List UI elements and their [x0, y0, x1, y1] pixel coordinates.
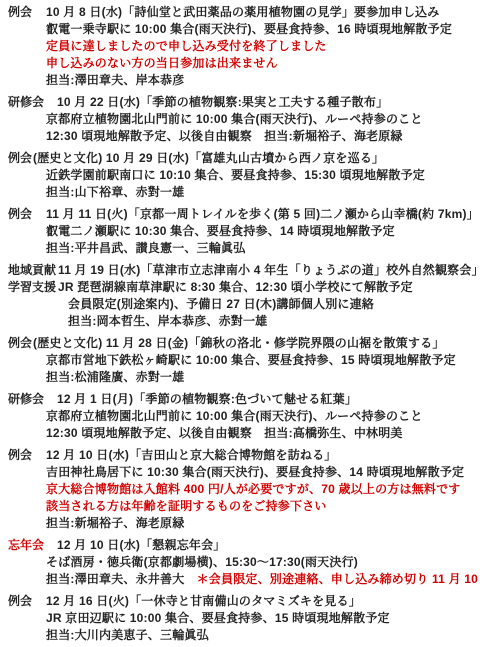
- line-text: (歴史と文化) 10 月 29 日(水)「富雄丸山古墳から西ノ京を巡る」: [33, 151, 384, 165]
- line-text: 担当:山下裕章、赤對一雄: [46, 185, 184, 199]
- schedule-line: 吉田神社鳥居下に 10:30 集合(雨天決行)、要昼食持参、14 時頃現地解散予…: [0, 464, 480, 481]
- schedule-line: JR 京田辺駅に 10:00 集合、要昼食持参、15 時頃現地解散予定: [0, 610, 480, 627]
- schedule-line: 研修会12 月 1 日(月)「季節の植物観察:色づいて魅せる紅葉」: [0, 391, 480, 408]
- schedule-section: 例会11 月 11 日(火)「京都一周トレイルを歩く(第 5 回)二ノ瀬から山幸…: [0, 206, 480, 257]
- schedule-line: 担当:平井昌武、讃良憲一、三輪眞弘: [0, 240, 480, 257]
- schedule-line: 例会(歴史と文化) 10 月 29 日(水)「富雄丸山古墳から西ノ京を巡る」: [0, 150, 480, 167]
- schedule-line: 申し込みのない方の当日参加は出来ません: [0, 55, 480, 72]
- schedule-section: 研修会12 月 1 日(月)「季節の植物観察:色づいて魅せる紅葉」京都府立植物園…: [0, 391, 480, 442]
- notice-text: 京大総合博物館は入館料 400 円/人が必要ですが、70 歳以上の方は無料です: [46, 482, 461, 496]
- schedule-section: 例会12 月 10 日(水)「吉田山と京大総合博物館を訪ねる」吉田神社鳥居下に …: [0, 447, 480, 532]
- line-text: そば酒房・徳兵衛(京都劇場横)、15:30〜17:30(雨天決行): [46, 555, 358, 569]
- schedule-section: 例会(歴史と文化) 10 月 29 日(水)「富雄丸山古墳から西ノ京を巡る」近鉄…: [0, 150, 480, 201]
- schedule-line: 担当:岡本哲生、岸本恭彦、赤對一雄: [0, 313, 480, 330]
- line-text: 担当:松浦隆廣、赤對一雄: [46, 370, 184, 384]
- schedule-line: 担当:大川内美恵子、三輪眞弘: [0, 627, 480, 644]
- line-text: 12 月 10 日(水)「吉田山と京大総合博物館を訪ねる」: [46, 448, 337, 462]
- schedule-line: 会員限定(別途案内)、予備日 27 日(木)講師個人別に連絡: [0, 296, 480, 313]
- event-type-label: 例会: [8, 335, 32, 352]
- schedule-line: 叡電一乗寺駅に 10:00 集合(雨天決行)、要昼食持参、16 時頃現地解散予定: [0, 21, 480, 38]
- line-text: 京都府立植物園北山門前に 10:00 集合(雨天決行)、ルーペ持参のこと: [46, 112, 423, 126]
- line-text: 担当:澤田章夫、永井善大: [46, 572, 197, 586]
- schedule-line: 12:30 頃現地解散予定、以後自由観察 担当:高橋弥生、中林明美: [0, 425, 480, 442]
- line-text: 12:30 頃現地解散予定、以後自由観察 担当:高橋弥生、中林明美: [46, 426, 403, 440]
- line-text: 11 月 11 日(火)「京都一周トレイルを歩く(第 5 回)二ノ瀬から山幸橋(…: [46, 207, 479, 221]
- line-text: 吉田神社鳥居下に 10:30 集合(雨天決行)、要昼食持参、14 時頃現地解散予…: [46, 465, 464, 479]
- page: { "page": { "background": "#ffffff" }, "…: [0, 0, 480, 647]
- schedule-line: 担当:松浦隆廣、赤對一雄: [0, 369, 480, 386]
- event-type-label: 例会: [8, 206, 32, 223]
- line-text: 10 月 8 日(水)「詩仙堂と武田薬品の薬用植物園の見学」要参加申し込み: [46, 5, 439, 19]
- line-text: JR 京田辺駅に 10:00 集合、要昼食持参、15 時頃現地解散予定: [46, 611, 390, 625]
- event-schedule-document: 例会10 月 8 日(水)「詩仙堂と武田薬品の薬用植物園の見学」要参加申し込み叡…: [0, 0, 480, 644]
- schedule-section: 地域貢献11 月 19 日(水)「草津市立志津南小 4 年生「りょうぶの道」校外…: [0, 262, 480, 330]
- line-text: 11 月 19 日(水)「草津市立志津南小 4 年生「りょうぶの道」校外自然観察…: [58, 263, 480, 277]
- schedule-line: 担当:澤田章夫、永井善大 ＊会員限定、別途連絡、申し込み締め切り 11 月 10…: [0, 571, 480, 588]
- schedule-line: 該当される方は年齢を証明するものをご持参下さい: [0, 498, 480, 515]
- event-type-label: 忘年会: [8, 537, 44, 554]
- notice-text: 該当される方は年齢を証明するものをご持参下さい: [46, 499, 327, 513]
- line-text: 担当:澤田章夫、岸本恭彦: [46, 73, 184, 87]
- schedule-line: 京大総合博物館は入館料 400 円/人が必要ですが、70 歳以上の方は無料です: [0, 481, 480, 498]
- event-type-label: 例会: [8, 447, 32, 464]
- line-text: 会員限定(別途案内)、予備日 27 日(木)講師個人別に連絡: [68, 297, 374, 311]
- schedule-line: 叡電二ノ瀬駅に 10:30 集合、要昼食持参、14 時頃現地解散予定: [0, 223, 480, 240]
- line-text: (歴史と文化) 11 月 28 日(金)「錦秋の洛北・修学院界隈の山裾を散策する…: [33, 336, 445, 350]
- notice-text: 申し込みのない方の当日参加は出来ません: [46, 56, 278, 70]
- line-text: 12 月 16 日(火)「一休寺と甘南備山のタマミズキを見る」: [46, 594, 361, 608]
- line-text: 12 月 1 日(月)「季節の植物観察:色づいて魅せる紅葉」: [57, 392, 357, 406]
- schedule-line: 忘年会12 月 10 日(水)「懇親忘年会」: [0, 537, 480, 554]
- schedule-line: 例会(歴史と文化) 11 月 28 日(金)「錦秋の洛北・修学院界隈の山裾を散策…: [0, 335, 480, 352]
- notice-text: ＊会員限定、別途連絡、申し込み締め切り 11 月 10 日: [197, 572, 480, 586]
- line-text: 担当:大川内美恵子、三輪眞弘: [46, 628, 209, 642]
- schedule-line: 京都府立植物園北山門前に 10:00 集合(雨天決行)、ルーペ持参のこと: [0, 408, 480, 425]
- event-type-label: 学習支援: [8, 279, 56, 296]
- line-text: 京都市営地下鉄松ヶ崎駅に 10:00 集合、要昼食持参、15 時頃現地解散予定: [46, 353, 456, 367]
- line-text: JR 琵琶湖線南草津駅に 8:30 集合、12:30 頃小学校にて解散予定: [58, 280, 413, 294]
- line-text: 担当:岡本哲生、岸本恭彦、赤對一雄: [68, 314, 267, 328]
- schedule-line: そば酒房・徳兵衛(京都劇場横)、15:30〜17:30(雨天決行): [0, 554, 480, 571]
- schedule-line: 例会10 月 8 日(水)「詩仙堂と武田薬品の薬用植物園の見学」要参加申し込み: [0, 4, 480, 21]
- line-text: 10 月 22 日(水)「季節の植物観察:果実と工夫する種子散布」: [57, 95, 388, 109]
- schedule-line: 京都府立植物園北山門前に 10:00 集合(雨天決行)、ルーペ持参のこと: [0, 111, 480, 128]
- schedule-line: 例会11 月 11 日(火)「京都一周トレイルを歩く(第 5 回)二ノ瀬から山幸…: [0, 206, 480, 223]
- schedule-line: 例会12 月 16 日(火)「一休寺と甘南備山のタマミズキを見る」: [0, 593, 480, 610]
- event-type-label: 例会: [8, 4, 32, 21]
- schedule-section: 例会(歴史と文化) 11 月 28 日(金)「錦秋の洛北・修学院界隈の山裾を散策…: [0, 335, 480, 386]
- schedule-line: 地域貢献11 月 19 日(水)「草津市立志津南小 4 年生「りょうぶの道」校外…: [0, 262, 480, 279]
- schedule-line: 近鉄学園前駅南口に 10:10 集合、要昼食持参、15:30 頃現地解散予定: [0, 167, 480, 184]
- schedule-line: 学習支援JR 琵琶湖線南草津駅に 8:30 集合、12:30 頃小学校にて解散予…: [0, 279, 480, 296]
- schedule-section: 忘年会12 月 10 日(水)「懇親忘年会」そば酒房・徳兵衛(京都劇場横)、15…: [0, 537, 480, 588]
- schedule-section: 研修会10 月 22 日(水)「季節の植物観察:果実と工夫する種子散布」京都府立…: [0, 94, 480, 145]
- line-text: 近鉄学園前駅南口に 10:10 集合、要昼食持参、15:30 頃現地解散予定: [46, 168, 425, 182]
- line-text: 担当:新堀裕子、海老原緑: [46, 516, 184, 530]
- line-text: 叡電二ノ瀬駅に 10:30 集合、要昼食持参、14 時頃現地解散予定: [46, 224, 395, 238]
- notice-text: 定員に達しましたので申し込み受付を終了しました: [46, 39, 327, 53]
- line-text: 12:30 頃現地解散予定、以後自由観察 担当:新堀裕子、海老原緑: [46, 129, 403, 143]
- schedule-section: 例会10 月 8 日(水)「詩仙堂と武田薬品の薬用植物園の見学」要参加申し込み叡…: [0, 4, 480, 89]
- line-text: 叡電一乗寺駅に 10:00 集合(雨天決行)、要昼食持参、16 時頃現地解散予定: [46, 22, 452, 36]
- event-type-label: 研修会: [8, 94, 44, 111]
- schedule-line: 研修会10 月 22 日(水)「季節の植物観察:果実と工夫する種子散布」: [0, 94, 480, 111]
- line-text: 京都府立植物園北山門前に 10:00 集合(雨天決行)、ルーペ持参のこと: [46, 409, 423, 423]
- event-type-label: 地域貢献: [8, 262, 56, 279]
- event-type-label: 研修会: [8, 391, 44, 408]
- line-text: 12 月 10 日(水)「懇親忘年会」: [57, 538, 226, 552]
- event-type-label: 例会: [8, 150, 32, 167]
- schedule-line: 担当:新堀裕子、海老原緑: [0, 515, 480, 532]
- schedule-line: 京都市営地下鉄松ヶ崎駅に 10:00 集合、要昼食持参、15 時頃現地解散予定: [0, 352, 480, 369]
- event-type-label: 例会: [8, 593, 32, 610]
- schedule-line: 例会12 月 10 日(水)「吉田山と京大総合博物館を訪ねる」: [0, 447, 480, 464]
- schedule-line: 担当:澤田章夫、岸本恭彦: [0, 72, 480, 89]
- schedule-line: 定員に達しましたので申し込み受付を終了しました: [0, 38, 480, 55]
- line-text: 担当:平井昌武、讃良憲一、三輪眞弘: [46, 241, 245, 255]
- schedule-line: 12:30 頃現地解散予定、以後自由観察 担当:新堀裕子、海老原緑: [0, 128, 480, 145]
- schedule-line: 担当:山下裕章、赤對一雄: [0, 184, 480, 201]
- schedule-section: 例会12 月 16 日(火)「一休寺と甘南備山のタマミズキを見る」JR 京田辺駅…: [0, 593, 480, 644]
